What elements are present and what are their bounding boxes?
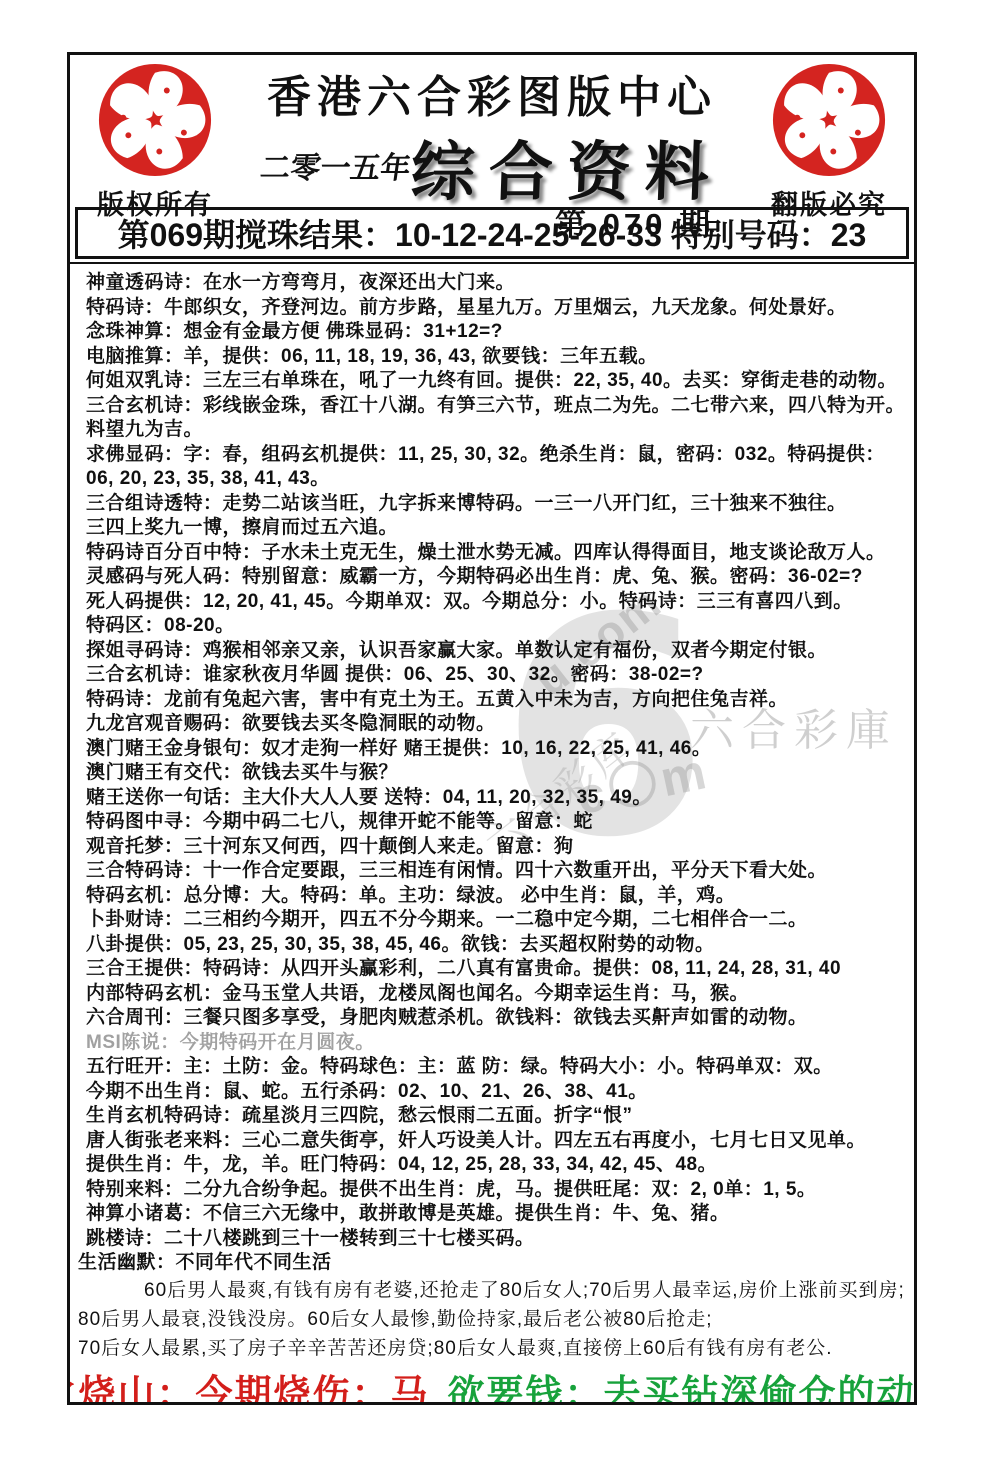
body-lines: 神童透码诗：在水一方弯弯月，夜深还出大门来。特码诗：牛郎织女，齐登河边。前方步路… xyxy=(86,271,908,1363)
text-line: 三合王提供：特码诗：从四开头赢彩利，二八真有富贵命。提供：08, 11, 24,… xyxy=(86,957,908,982)
text-line: MSI陈说：今期特码开在月圆夜。 xyxy=(86,1031,908,1056)
text-line: 特码诗百分百中特：子水未土克无生，燥土泄水势无减。四库认得得面目，地支谈论敌万人… xyxy=(86,541,908,566)
text-line: 今期不出生肖：鼠、蛇。五行杀码：02、10、21、26、38、41。 xyxy=(86,1080,908,1105)
main-calligraphy-title: 综合资料 xyxy=(409,121,724,213)
text-line: 神算小诸葛：不信三六无缘中，敢拼敢博是英雄。提供生肖：牛、兔、猪。 xyxy=(86,1202,908,1227)
text-line: 80后男人最衰,没钱没房。60后女人最惨,勤俭持家,最后老公被80后抢走; xyxy=(78,1305,908,1334)
text-line: 卜卦财诗：二三相约今期开，四五不分今期来。一二稳中定今期，二七相伴合一二。 xyxy=(86,908,908,933)
text-line: 念珠神算：想金有金最方便 佛珠显码：31+12=? xyxy=(86,320,908,345)
page-title: 香港六合彩图版中心 xyxy=(267,61,717,125)
header-left-column: 版权所有 xyxy=(80,61,230,222)
text-line: 唐人街张老来料：三心二意失街亭，奸人巧设美人计。四左五右再度小，七月七日又见单。 xyxy=(86,1129,908,1154)
text-line: 三四上奖九一博，擦肩而过五六追。 xyxy=(86,516,908,541)
text-line: 九龙宫观音赐码：欲要钱去买冬隐洞眠的动物。 xyxy=(86,712,908,737)
text-line: 澳门赌王金身银句：奴才走狗一样好 赌王提供：10, 16, 22, 25, 41… xyxy=(86,737,908,762)
text-line: 特码玄机：总分博：大。特码：单。主功：绿波。 必中生肖：鼠，羊，鸡。 xyxy=(86,884,908,909)
text-line: 求佛显码：字：春，组码玄机提供：11, 25, 30, 32。绝杀生肖：鼠，密码… xyxy=(86,443,908,468)
text-line: 跳楼诗：二十八楼跳到三十一楼转到三十七楼买码。 xyxy=(86,1227,908,1252)
text-line: 五行旺开：主：土防：金。特码球色：主：蓝 防：绿。特码大小：小。特码单双：双。 xyxy=(86,1055,908,1080)
text-line: 料望九为吉。 xyxy=(86,418,908,443)
bauhinia-flag-logo-left xyxy=(96,61,214,179)
text-line: 观音托梦：三十河东又何西，四十颠倒人来走。留意：狗 xyxy=(86,835,908,860)
text-line: 生活幽默：不同年代不同生活 xyxy=(78,1251,908,1276)
text-line: 特码诗：龙前有兔起六害，害中有克土为王。五黄入中未为吉，方向把住兔吉祥。 xyxy=(86,688,908,713)
text-line: 特码区：08-20。 xyxy=(86,614,908,639)
bauhinia-flag-logo-right xyxy=(770,61,888,179)
text-line: 灵感码与死人码：特别留意：威霸一方，今期特码必出生肖：虎、兔、猴。密码：36-0… xyxy=(86,565,908,590)
text-line: 特码诗：牛郎织女，齐登河边。前方步路，星星九万。万里烟云，九天龙象。何处景好。 xyxy=(86,296,908,321)
text-line: 探姐寻码诗：鸡猴相邻亲又亲，认识吾家赢大家。单数认定有福份，双者今期定付银。 xyxy=(86,639,908,664)
text-line: 电脑推算：羊，提供：06, 11, 18, 19, 36, 43, 欲要钱：三年… xyxy=(86,345,908,370)
text-line: 内部特码玄机：金马玉堂人共语，龙楼凤阁也闻名。今期幸运生肖：马，猴。 xyxy=(86,982,908,1007)
text-line: 赌王送你一句话：主大仆大人人要 送特：04, 11, 20, 32, 35, 4… xyxy=(86,786,908,811)
text-line: 六合周刊：三餐只图多享受，身肥肉贼惹杀机。欲钱料：欲钱去买鼾声如雷的动物。 xyxy=(86,1006,908,1031)
text-line: 提供生肖：牛，龙，羊。旺门特码：04, 12, 25, 28, 33, 34, … xyxy=(86,1153,908,1178)
text-line: 三合特码诗：十一作合定要跟，三三相连有闲情。四十六数重开出，平分天下看大处。 xyxy=(86,859,908,884)
text-line: 八卦提供：05, 23, 25, 30, 35, 38, 45, 46。欲钱：去… xyxy=(86,933,908,958)
text-line: 生肖玄机特码诗：疏星淡月三四院，愁云恨雨二五面。折字“恨” xyxy=(86,1104,908,1129)
text-line: 特码图中寻：今期中码二七八，规律开蛇不能等。留意：蛇 xyxy=(86,810,908,835)
sheet-border: 版权所有 香港六合彩图版中心 二零一五年 综合资料 第 070 期 xyxy=(67,52,917,1405)
text-line: 死人码提供：12, 20, 41, 45。今期单双：双。今期总分：小。特码诗：三… xyxy=(86,590,908,615)
header-right-column: 翻版必究 xyxy=(754,61,904,222)
footer-prediction-line: 火烧山：今期烧伤：马 欲要钱：去买钻深偷仓的动物 xyxy=(86,1363,908,1403)
text-line: 神童透码诗：在水一方弯弯月，夜深还出大门来。 xyxy=(86,271,908,296)
text-line: 60后男人最爽,有钱有房有老婆,还抢走了80后女人;70后男人最幸运,房价上涨前… xyxy=(86,1276,908,1305)
footer-green-text: 欲要钱：去买钻深偷仓的动物 xyxy=(448,1363,915,1403)
text-line: 三合玄机诗：谁家秋夜月华圆 提供：06、25、30、32。密码：38-02=? xyxy=(86,663,908,688)
text-line: 70后女人最累,买了房子辛辛苦苦还房贷;80后女人最爽,直接傍上60后有钱有房有… xyxy=(78,1334,908,1363)
text-line: 三合组诗透特：走势二站该当旺，九字拆来博特码。一三一八开门红，三十独来不独往。 xyxy=(86,492,908,517)
lottery-tip-sheet: { "header": { "title": "香港六合彩图版中心", "yea… xyxy=(0,0,984,1457)
text-line: 三合玄机诗：彩线嵌金珠，香江十八湖。有笋三六节，班点二为先。二七带六来，四八特为… xyxy=(86,394,908,419)
year-label: 二零一五年 xyxy=(258,143,414,187)
subtitle-row: 二零一五年 综合资料 xyxy=(261,121,723,213)
text-line: 06, 20, 23, 35, 38, 41, 43。 xyxy=(86,467,908,492)
text-line: 特别来料：二分九合纷争起。提供不出生肖：虎，马。提供旺尾：双：2, 0单：1, … xyxy=(86,1178,908,1203)
text-line: 澳门赌王有交代：欲钱去买牛与猴？ xyxy=(86,761,908,786)
text-line: 何姐双乳诗：三左三右单珠在，吼了一九终有回。提供：22, 35, 40。去买：穿… xyxy=(86,369,908,394)
header-center-column: 香港六合彩图版中心 二零一五年 综合资料 第 070 期 xyxy=(230,61,754,244)
tips-body: u.com 6 六合彩庫 c〇m 六合彩库 神童透码诗：在水一方弯弯月，夜深还出… xyxy=(70,262,914,1402)
header: 版权所有 香港六合彩图版中心 二零一五年 综合资料 第 070 期 xyxy=(70,55,914,207)
footer-red-text: 火烧山：今期烧伤：马 xyxy=(70,1363,430,1403)
